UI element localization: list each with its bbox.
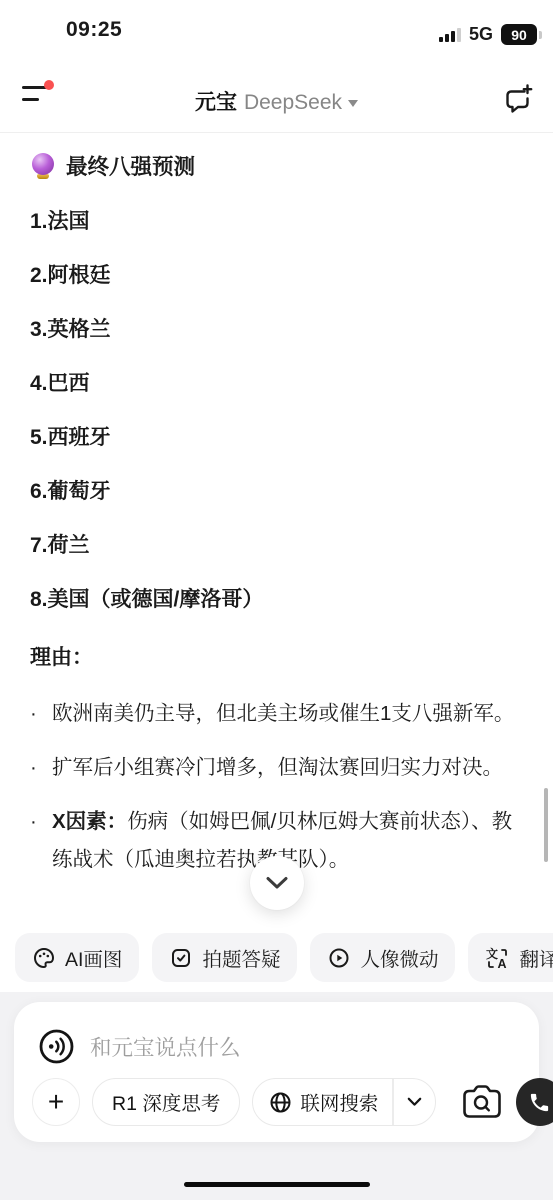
quick-tools-bar: AI画图 拍题答疑 人像微动 文 A 翻译 <box>15 933 553 982</box>
list-item: 5.西班牙 <box>30 423 527 453</box>
camera-search-button[interactable] <box>460 1080 504 1124</box>
list-item: 6.葡萄牙 <box>30 477 527 507</box>
list-item: 2.阿根廷 <box>30 261 527 291</box>
tool-chip-label: AI画图 <box>65 944 122 972</box>
status-time: 09:25 <box>66 18 122 42</box>
new-chat-icon <box>501 82 533 114</box>
reason-label: 理由： <box>30 643 527 673</box>
new-chat-button[interactable] <box>501 82 533 114</box>
chevron-down-icon <box>407 1097 422 1107</box>
composer-card: 和元宝说点什么 + R1 深度思考 联网搜索 <box>14 1002 539 1142</box>
app-name: 元宝 <box>195 91 237 114</box>
list-item: 3.英格兰 <box>30 315 527 345</box>
scrollbar-thumb[interactable] <box>544 788 548 862</box>
tool-chip-photo-qa[interactable]: 拍题答疑 <box>152 933 297 982</box>
message-input[interactable]: 和元宝说点什么 <box>38 1026 515 1066</box>
battery-icon: 90 <box>501 24 537 45</box>
web-search-options-button[interactable] <box>394 1097 435 1107</box>
list-item: 7.荷兰 <box>30 531 527 561</box>
add-attachment-button[interactable]: + <box>32 1078 80 1126</box>
globe-icon <box>269 1091 292 1114</box>
camera-search-icon <box>461 1083 503 1121</box>
home-indicator[interactable] <box>184 1182 370 1188</box>
network-type-label: 5G <box>469 24 493 45</box>
phone-icon <box>528 1091 551 1114</box>
list-item: 4.巴西 <box>30 369 527 399</box>
deep-think-toggle[interactable]: R1 深度思考 <box>92 1078 240 1126</box>
page-title: 元宝DeepSeek <box>0 86 553 116</box>
plus-icon: + <box>48 1088 64 1116</box>
status-bar: 09:25 5G 90 <box>0 0 553 58</box>
palette-icon <box>32 946 56 970</box>
list-item: 1.法国 <box>30 207 527 237</box>
tool-chip-label: 拍题答疑 <box>202 944 280 972</box>
play-circle-icon <box>327 946 351 970</box>
tool-chip-portrait-motion[interactable]: 人像微动 <box>310 933 455 982</box>
chat-message: 最终八强预测 1.法国 2.阿根廷 3.英格兰 4.巴西 5.西班牙 6.葡萄牙… <box>30 150 527 895</box>
tool-chip-translate[interactable]: 文 A 翻译 <box>468 933 553 982</box>
heading-text: 最终八强预测 <box>66 150 195 181</box>
svg-text:文: 文 <box>486 946 498 961</box>
list-item: 8.美国（或德国/摩洛哥） <box>30 585 527 615</box>
svg-text:A: A <box>498 957 507 970</box>
message-heading: 最终八强预测 <box>30 150 527 181</box>
tool-chip-ai-draw[interactable]: AI画图 <box>15 933 139 982</box>
chevron-down-icon <box>266 876 288 890</box>
model-name[interactable]: DeepSeek <box>244 91 342 114</box>
crystal-ball-icon <box>30 153 56 179</box>
translate-icon: 文 A <box>485 946 510 970</box>
app-header: 元宝DeepSeek <box>0 58 553 133</box>
photo-check-icon <box>169 946 193 970</box>
tool-chip-label: 人像微动 <box>360 944 438 972</box>
voice-call-button[interactable] <box>516 1078 553 1126</box>
chevron-down-icon[interactable] <box>348 100 358 107</box>
input-placeholder: 和元宝说点什么 <box>90 1031 241 1062</box>
signal-strength-icon <box>439 27 461 42</box>
bullet-point: · 扩军后小组赛冷门增多，但淘汰赛回归实力对决。 <box>30 749 527 787</box>
web-search-toggle[interactable]: 联网搜索 <box>252 1078 436 1126</box>
scroll-to-bottom-button[interactable] <box>250 856 304 910</box>
bullet-point: · 欧洲南美仍主导，但北美主场或催生1支八强新军。 <box>30 695 527 733</box>
battery-percent: 90 <box>511 27 527 43</box>
tool-chip-label: 翻译 <box>519 944 553 972</box>
voice-wave-icon[interactable] <box>38 1028 75 1065</box>
